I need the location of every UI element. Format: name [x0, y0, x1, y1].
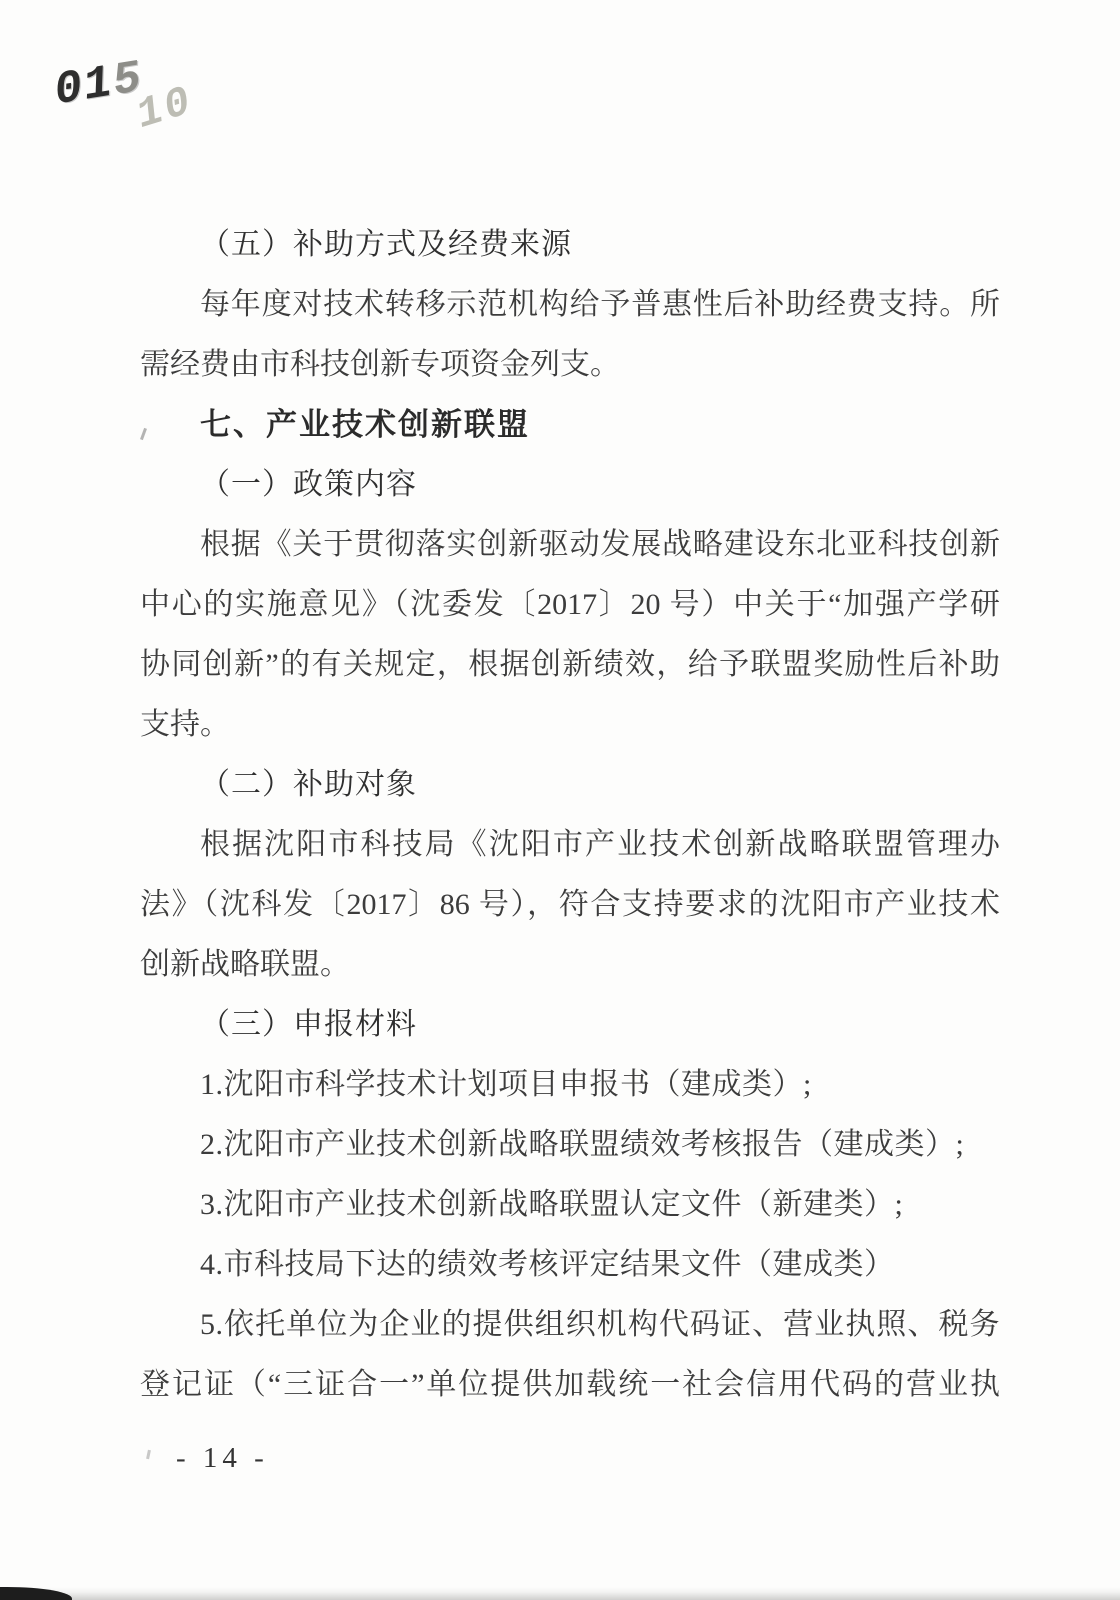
list-item-5: 5.依托单位为企业的提供组织机构代码证、营业执照、税务 [140, 1295, 1000, 1355]
section-heading-2-subsidy-target: （二）补助对象 [140, 755, 1000, 815]
section-heading-5-subsidy-method: （五）补助方式及经费来源 [140, 215, 1000, 275]
list-item-3: 3.沈阳市产业技术创新战略联盟认定文件（新建类）; [140, 1175, 1000, 1235]
scan-speck [146, 1450, 151, 1459]
section-heading-1-policy: （一）政策内容 [140, 455, 1000, 515]
chapter-heading-7-alliance: 七、产业技术创新联盟 [140, 395, 1000, 455]
body-line: 支持。 [140, 695, 1000, 755]
body-line: 根据《关于贯彻落实创新驱动发展战略建设东北亚科技创新 [140, 515, 1000, 575]
body-line: 需经费由市科技创新专项资金列支。 [140, 335, 1000, 395]
body-line: 创新战略联盟。 [140, 935, 1000, 995]
document-number-stamp: 015 10 [51, 31, 285, 174]
scan-edge-noise [0, 1587, 1120, 1600]
body-line: 登记证（“三证合一”单位提供加载统一社会信用代码的营业执 [140, 1355, 1000, 1415]
list-item-4: 4.市科技局下达的绩效考核评定结果文件（建成类） [140, 1235, 1000, 1295]
list-item-2: 2.沈阳市产业技术创新战略联盟绩效考核报告（建成类）; [140, 1115, 1000, 1175]
list-item-1: 1.沈阳市科学技术计划项目申报书（建成类）; [140, 1055, 1000, 1115]
scanned-document-page: 015 10 （五）补助方式及经费来源 每年度对技术转移示范机构给予普惠性后补助… [0, 0, 1120, 1600]
document-body: （五）补助方式及经费来源 每年度对技术转移示范机构给予普惠性后补助经费支持。所 … [140, 215, 1000, 1415]
body-line: 根据沈阳市科技局《沈阳市产业技术创新战略联盟管理办 [140, 815, 1000, 875]
body-line: 每年度对技术转移示范机构给予普惠性后补助经费支持。所 [140, 275, 1000, 335]
page-number: - 14 - [176, 1442, 269, 1475]
stamp-primary-number: 015 [51, 52, 147, 117]
body-line: 法》（沈科发〔2017〕86 号），符合支持要求的沈阳市产业技术 [140, 875, 1000, 935]
body-line: 协同创新”的有关规定，根据创新绩效，给予联盟奖励性后补助 [140, 635, 1000, 695]
section-heading-3-materials: （三）申报材料 [140, 995, 1000, 1055]
body-line: 中心的实施意见》（沈委发〔2017〕20 号）中关于“加强产学研 [140, 575, 1000, 635]
stamp-secondary-number: 10 [131, 77, 199, 139]
